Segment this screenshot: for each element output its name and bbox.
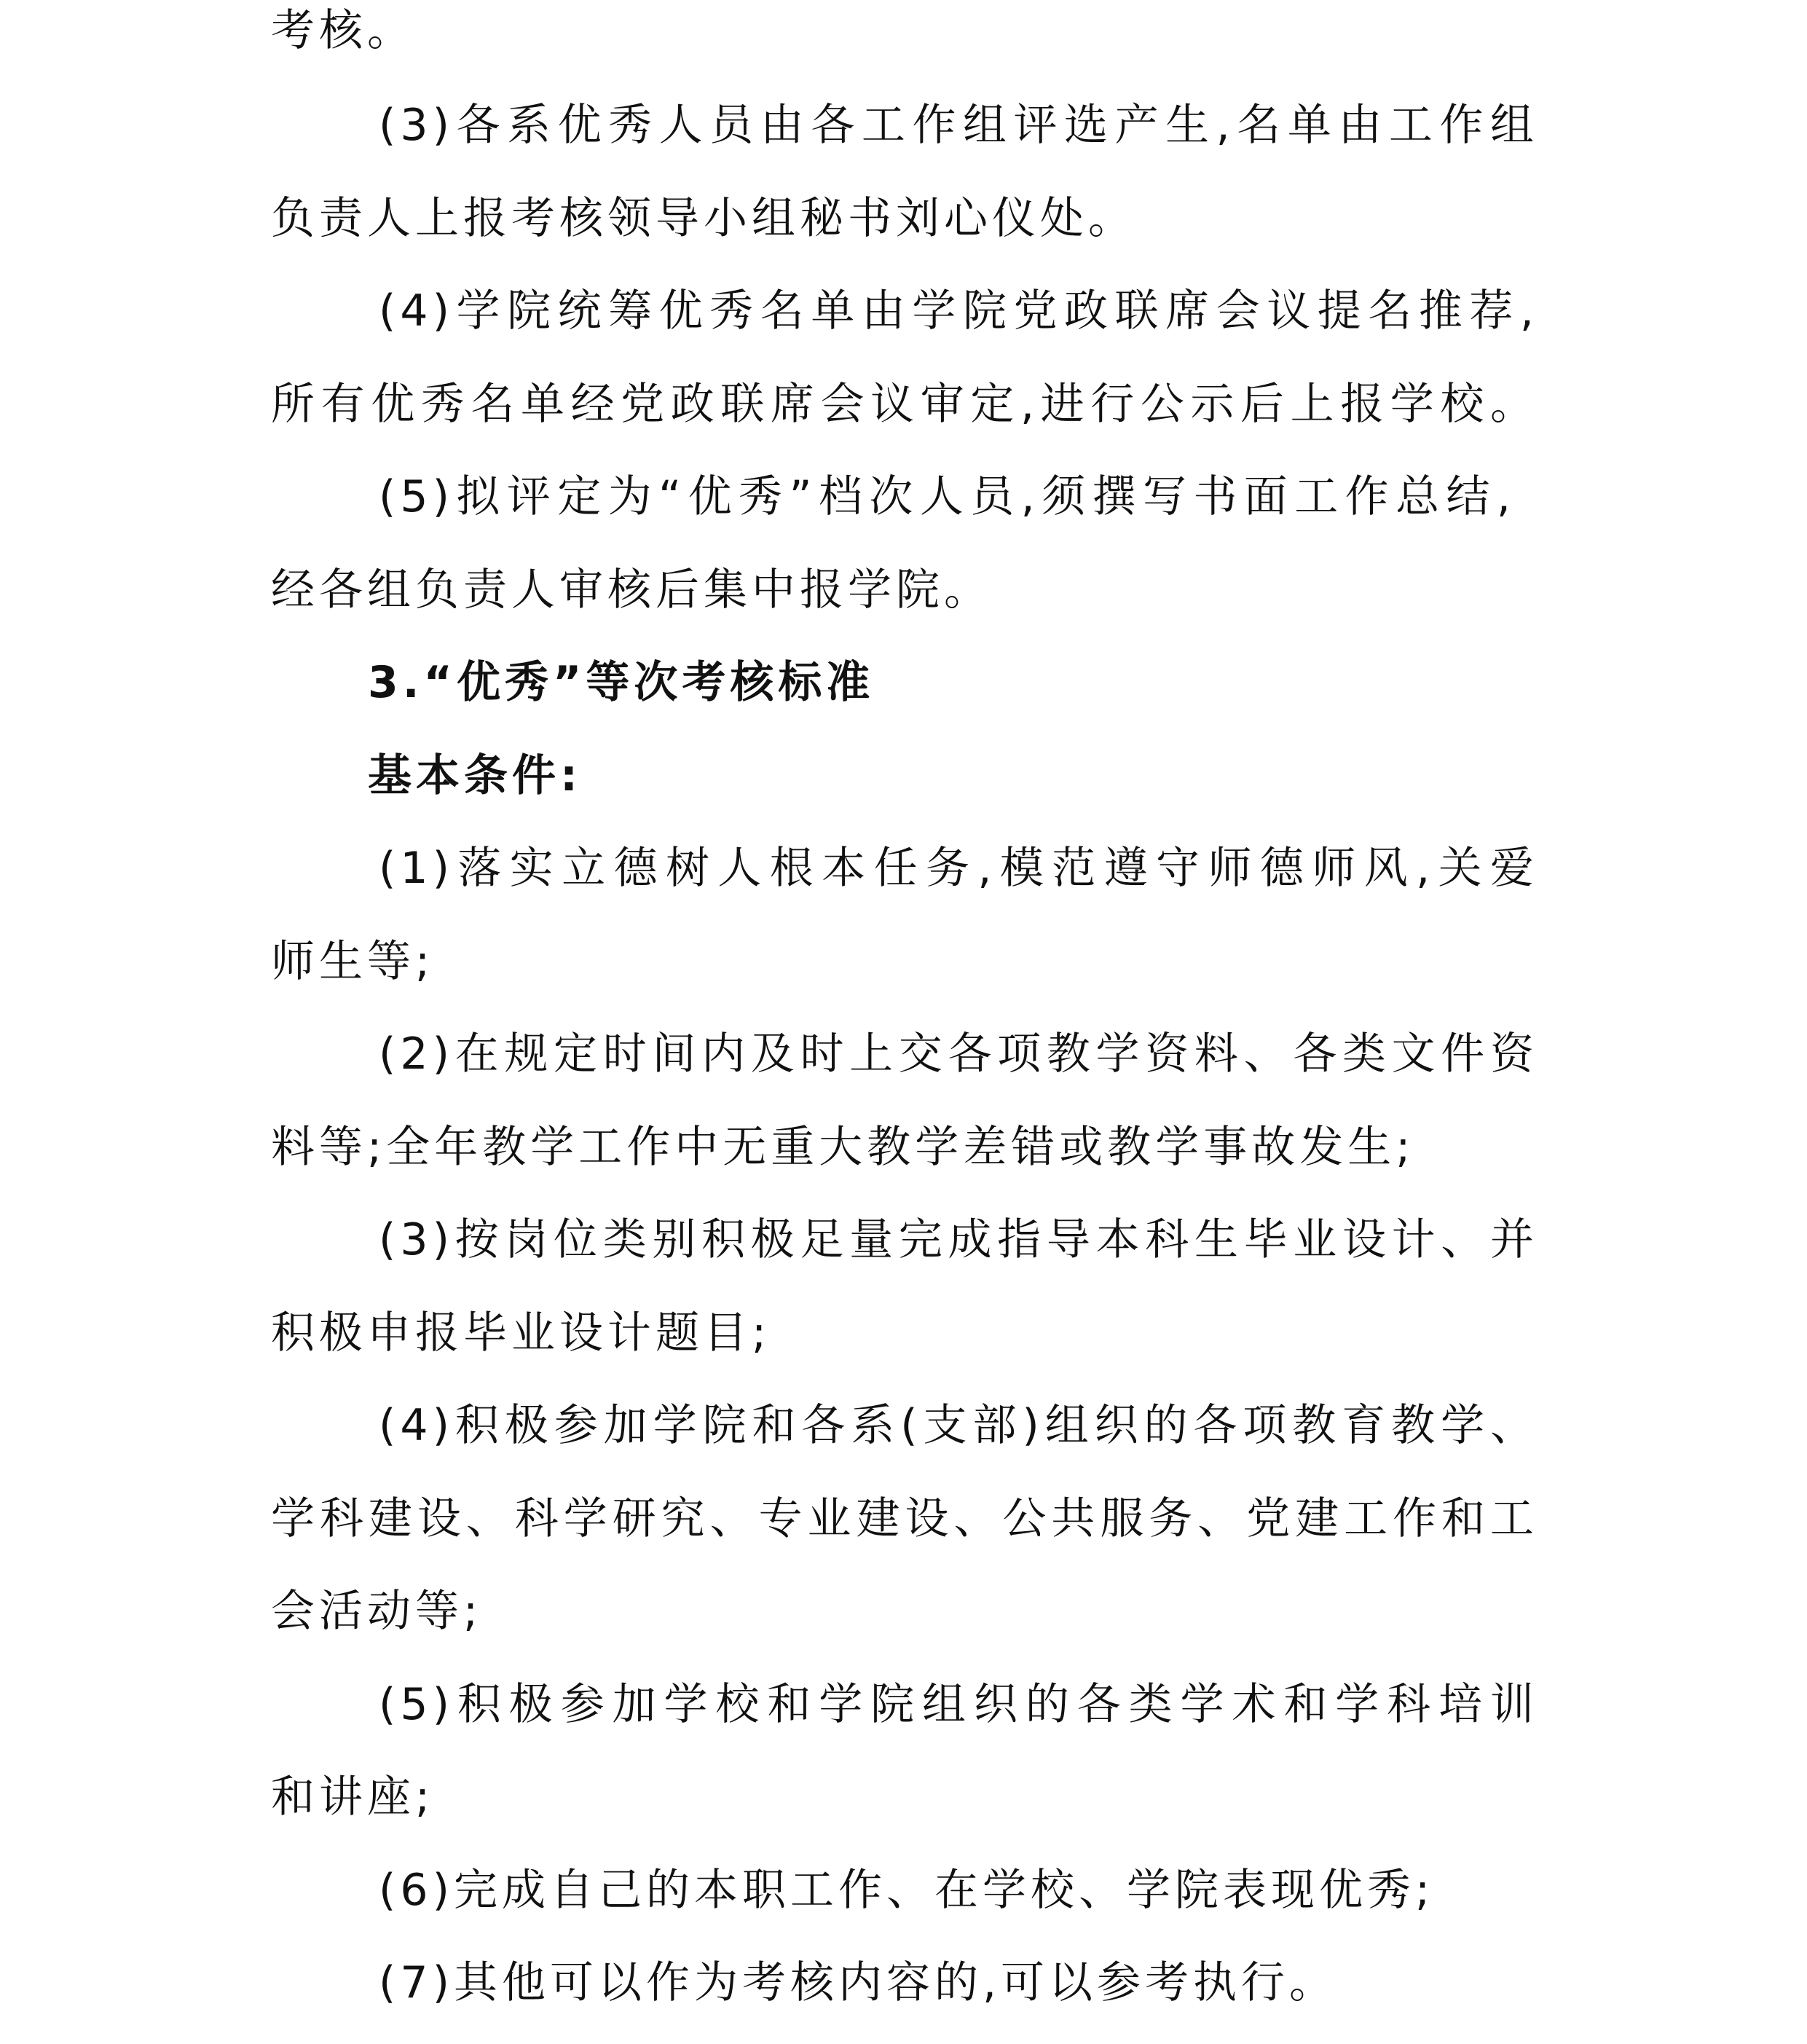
text-line-item-4-start: (4)学院统筹优秀名单由学院党政联席会议提名推荐, [379, 275, 1538, 347]
criteria-item-4-middle: 学科建设、科学研究、专业建设、公共服务、党建工作和工 [271, 1482, 1538, 1555]
criteria-item-3-end: 积极申报毕业设计题目; [271, 1297, 1538, 1369]
criteria-item-5-start: (5)积极参加学校和学院组织的各类学术和学科培训 [379, 1668, 1538, 1741]
criteria-item-4-end: 会活动等; [271, 1575, 1538, 1648]
criteria-item-3-start: (3)按岗位类别积极足量完成指导本科生毕业设计、并 [379, 1203, 1538, 1276]
subsection-heading: 基本条件: [368, 739, 1635, 812]
criteria-item-7: (7)其他可以作为考核内容的,可以参考执行。 [379, 1946, 1646, 2019]
text-line-item-5-end: 经各组负责人审核后集中报学院。 [271, 554, 1538, 626]
text-line-item-5-start: (5)拟评定为“优秀”档次人员,须撰写书面工作总结, [379, 460, 1515, 533]
document-page: 考核。 (3)各系优秀人员由各工作组评选产生,名单由工作组 负责人上报考核领导小… [0, 0, 1807, 2044]
criteria-item-6: (6)完成自己的本职工作、在学校、学院表现优秀; [379, 1854, 1646, 1927]
criteria-item-2-end: 料等;全年教学工作中无重大教学差错或教学事故发生; [271, 1111, 1538, 1184]
criteria-item-1-start: (1)落实立德树人根本任务,模范遵守师德师风,关爱 [379, 832, 1538, 905]
section-heading: 3.“优秀”等次考核标准 [368, 646, 1635, 719]
text-line-continuation: 考核。 [271, 0, 1538, 67]
text-line-item-3-end: 负责人上报考核领导小组秘书刘心仪处。 [271, 182, 1538, 255]
criteria-item-4-start: (4)积极参加学院和各系(支部)组织的各项教育教学、 [379, 1389, 1538, 1462]
text-line-item-3-start: (3)各系优秀人员由各工作组评选产生,名单由工作组 [379, 89, 1538, 162]
criteria-item-1-end: 师生等; [271, 925, 1538, 998]
text-line-item-4-end: 所有优秀名单经党政联席会议审定,进行公示后上报学校。 [271, 368, 1538, 441]
criteria-item-5-end: 和讲座; [271, 1761, 1538, 1833]
criteria-item-2-start: (2)在规定时间内及时上交各项教学资料、各类文件资 [379, 1018, 1538, 1090]
